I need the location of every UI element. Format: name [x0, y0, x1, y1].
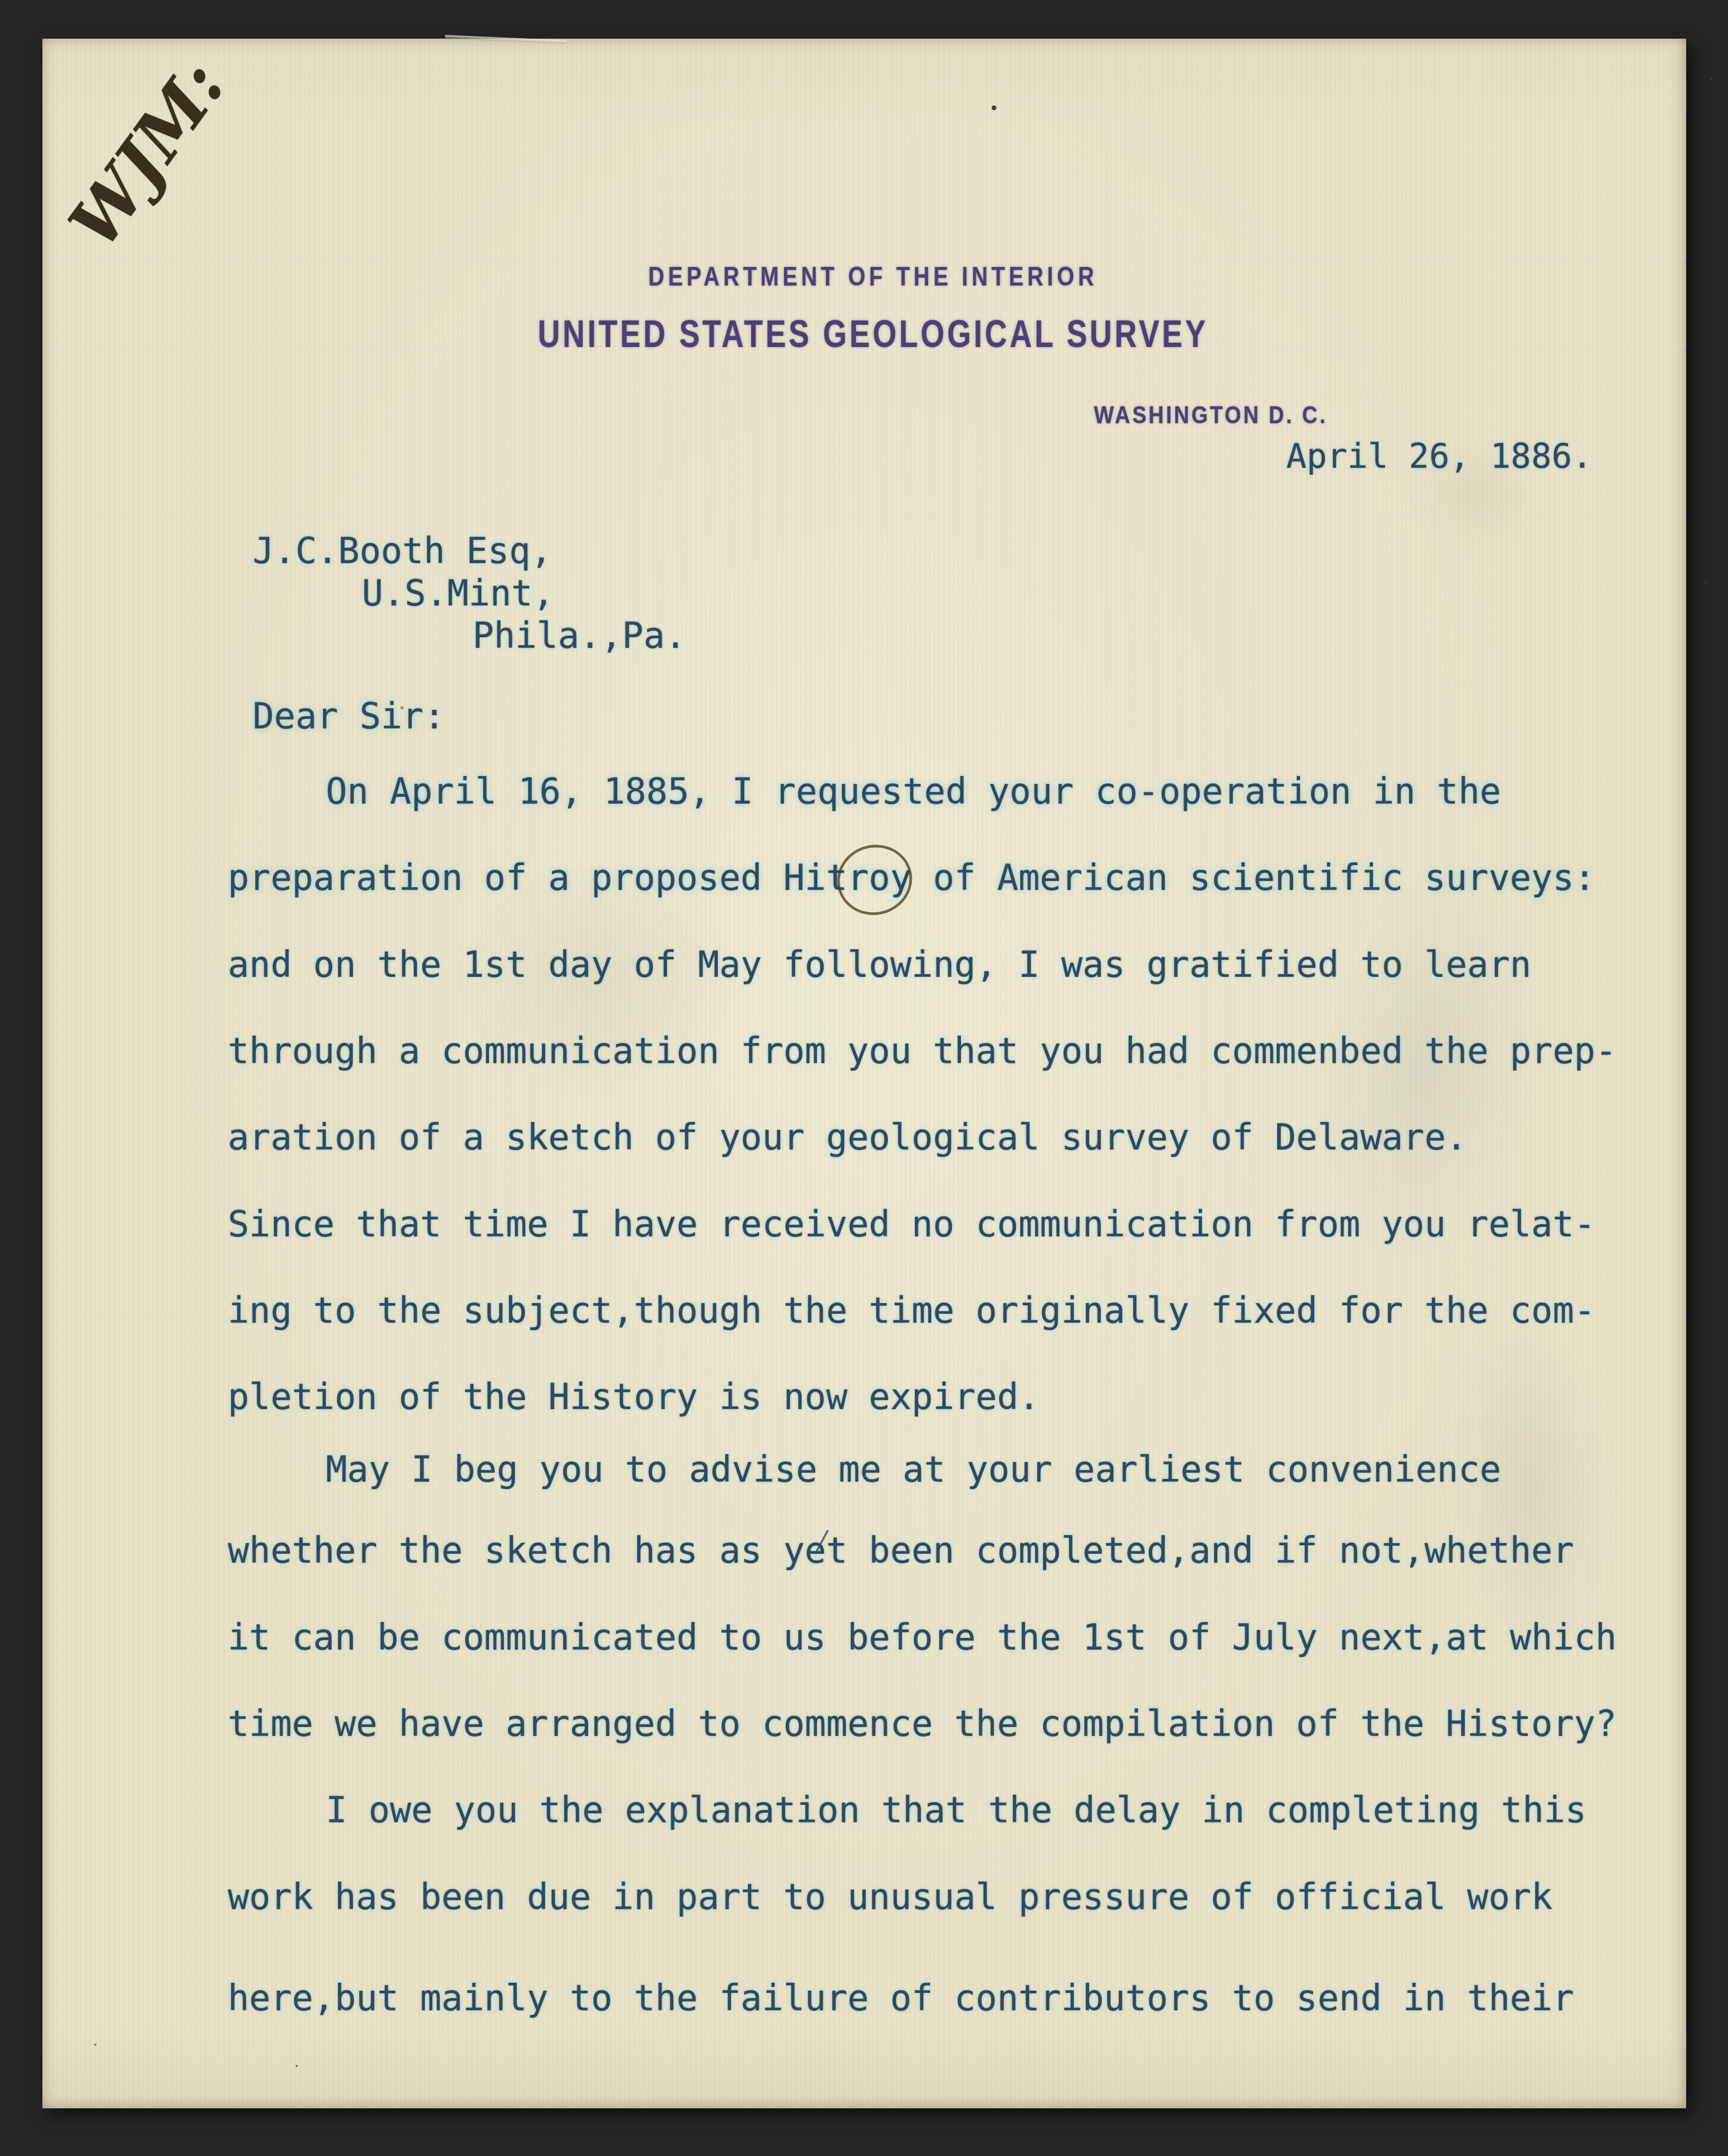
letter-page: WJM: DEPARTMENT OF THE INTERIOR UNITED S…: [42, 39, 1686, 2108]
recipient-name: J.C.Booth Esq,: [253, 530, 552, 572]
body-line: ing to the subject,though the time origi…: [228, 1290, 1596, 1331]
body-line: Since that time I have received no commu…: [228, 1204, 1596, 1245]
body-line: I owe you the explanation that the delay…: [326, 1789, 1587, 1831]
recipient-org: U.S.Mint,: [362, 573, 554, 614]
handwritten-initials: WJM:: [19, 24, 277, 284]
letterhead-department: DEPARTMENT OF THE INTERIOR: [648, 261, 1098, 292]
letterhead-location: WASHINGTON D. C.: [1094, 402, 1328, 430]
paper-crease: [42, 516, 1686, 519]
body-line: and on the 1st day of May following, I w…: [228, 944, 1531, 985]
body-line: through a communication from you that yo…: [228, 1030, 1617, 1072]
paper-tear: [445, 35, 567, 44]
ink-speck: [992, 105, 996, 110]
body-line: preparation of a proposed Hitroy of Amer…: [228, 857, 1596, 898]
date-line: April 26, 1886.: [1286, 437, 1592, 476]
body-line: time we have arranged to commence the co…: [228, 1703, 1617, 1744]
body-line: work has been due in part to unusual pre…: [228, 1876, 1553, 1918]
body-line: pletion of the History is now expired.: [228, 1376, 1040, 1418]
letterhead-agency: UNITED STATES GEOLOGICAL SURVEY: [538, 312, 1208, 357]
salutation: Dear Sir:: [253, 696, 445, 737]
body-line: it can be communicated to us before the …: [228, 1617, 1617, 1658]
body-line: May I beg you to advise me at your earli…: [326, 1449, 1501, 1490]
body-line: whether the sketch has as yet been compl…: [228, 1530, 1574, 1571]
body-line: here,but mainly to the failure of contri…: [228, 1977, 1574, 2019]
scanned-letter-backdrop: { "letterhead": { "department": "DEPARTM…: [0, 0, 1728, 2156]
paper-crease: [42, 113, 1686, 115]
recipient-city: Phila.,Pa.: [473, 615, 686, 656]
body-line: aration of a sketch of your geological s…: [228, 1117, 1467, 1158]
paper-crease: [42, 257, 1686, 259]
body-line: On April 16, 1885, I requested your co-o…: [326, 771, 1501, 812]
